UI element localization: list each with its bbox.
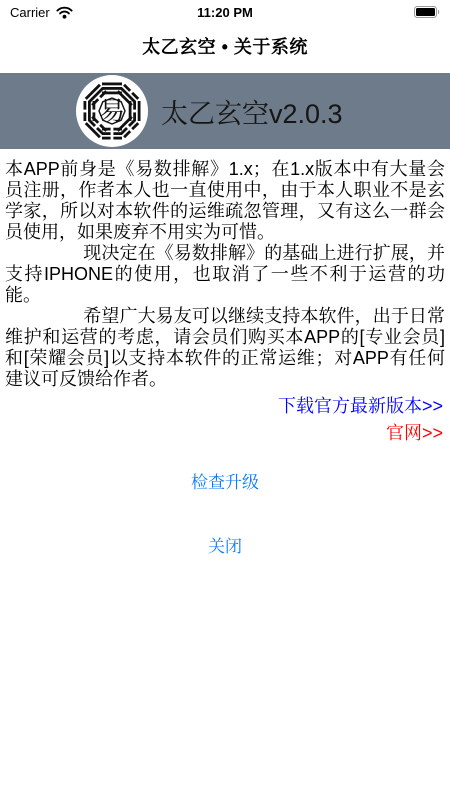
about-text: 本APP前身是《易数排解》1.x；在1.x版本中有大量会员注册，作者本人也一直使… [0, 149, 450, 390]
status-bar: Carrier 11:20 PM [0, 0, 450, 24]
actions-block: 检查升级 关闭 [0, 447, 450, 557]
about-banner: 易 太乙玄空v2.0.3 [0, 73, 450, 149]
app-version-title: 太乙玄空v2.0.3 [161, 92, 343, 131]
bagua-logo-icon: 易 [76, 75, 148, 147]
status-bar-right [253, 6, 440, 18]
nav-bar: 太乙玄空 • 关于系统 [0, 24, 450, 68]
wifi-icon [56, 6, 73, 19]
status-bar-left: Carrier [10, 5, 197, 20]
about-paragraph: 现决定在《易数排解》的基础上进行扩展，并支持IPHONE的使用，也取消了一些不利… [5, 243, 445, 306]
page-title: 太乙玄空 • 关于系统 [142, 33, 308, 59]
battery-icon [414, 6, 440, 18]
check-upgrade-button[interactable]: 检查升级 [191, 468, 259, 493]
about-paragraph: 本APP前身是《易数排解》1.x；在1.x版本中有大量会员注册，作者本人也一直使… [5, 159, 445, 243]
status-time: 11:20 PM [197, 5, 253, 20]
official-site-link[interactable]: 官网>> [0, 420, 443, 447]
close-button[interactable]: 关闭 [208, 532, 242, 557]
carrier-label: Carrier [10, 5, 50, 20]
logo-glyph: 易 [99, 96, 125, 126]
links-block: 下载官方最新版本>> 官网>> [0, 393, 450, 447]
app-screen: Carrier 11:20 PM 太乙玄空 • 关于系统 [0, 0, 450, 800]
about-paragraph: 希望广大易友可以继续支持本软件，出于日常维护和运营的考虑，请会员们购买本APP的… [5, 306, 445, 390]
download-latest-link[interactable]: 下载官方最新版本>> [0, 393, 443, 420]
